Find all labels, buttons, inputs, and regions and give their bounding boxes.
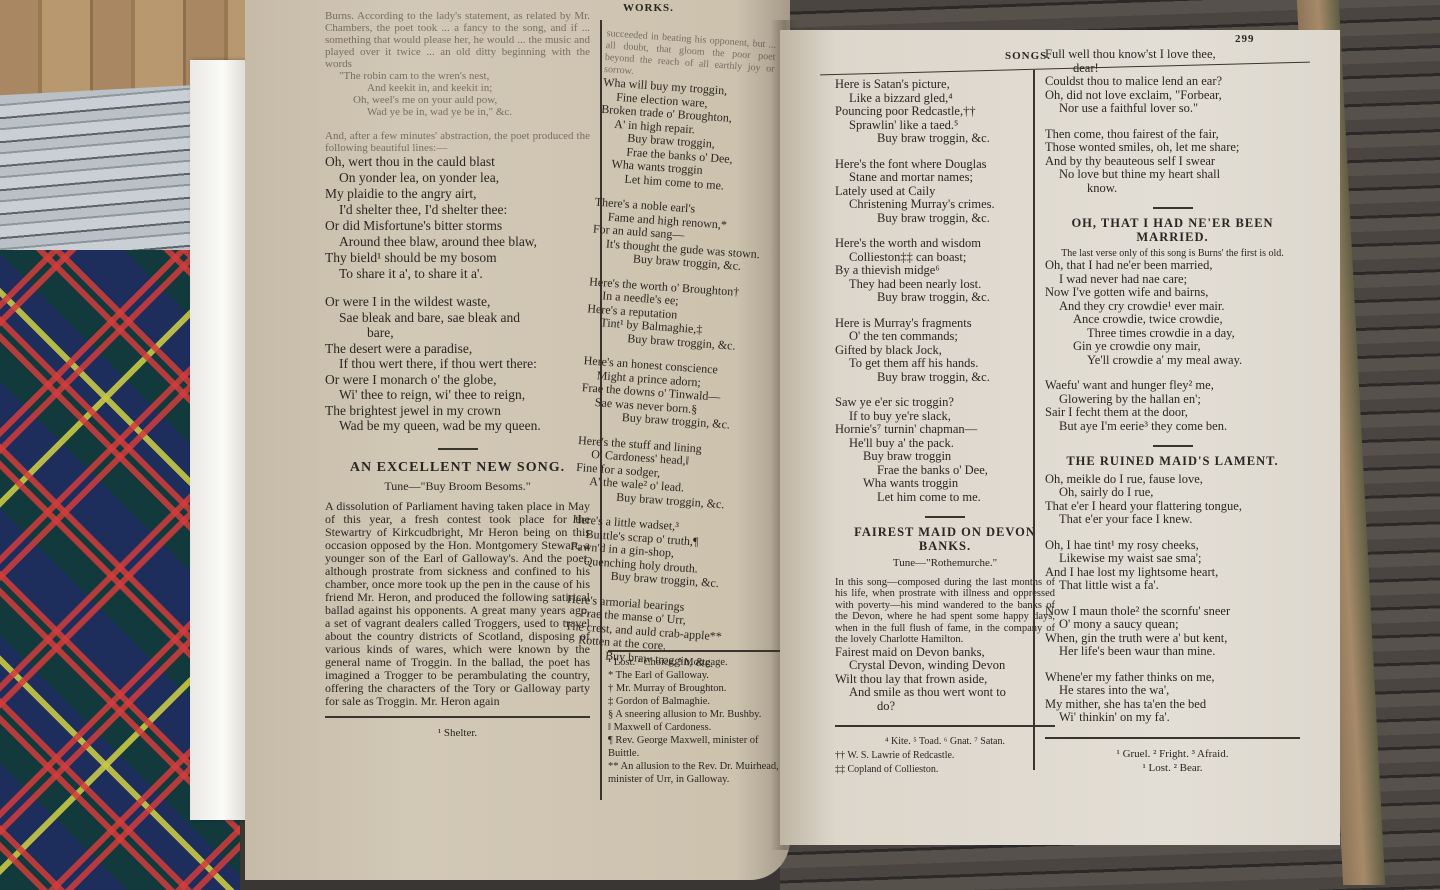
troggin-stanza-4: Here's an honest conscience Might a prin… [579,354,753,433]
right-page: SONGS. 299 Here is Satan's picture, Like… [780,30,1340,845]
left-page: WORKS. Burns. According to the lady's st… [245,0,790,880]
fairest-maid-stanza: Fairest maid on Devon banks, Crystal Dev… [835,646,1055,714]
tune-line: Tune—"Buy Broom Besoms." [325,479,590,494]
closing-stanza: Saw ye e'er sic troggin? If to buy ye're… [835,396,1055,504]
love-stanza-2: Then come, thou fairest of the fair, Tho… [1045,128,1300,196]
section-divider [1153,445,1193,447]
ruined-stanza-1: Oh, meikle do I rue, fause love, Oh, sai… [1045,473,1300,527]
book-cover-edge [190,60,245,820]
song-title-excellent-new-song: AN EXCELLENT NEW SONG. [325,460,590,475]
troggin-stanza-2: There's a noble earl's Fame and high ren… [591,196,765,275]
wisdom-stanza: Here's the worth and wisdom Collieston‡‡… [835,237,1055,305]
running-head-left: WORKS. [623,2,674,14]
right-page-column-1: Here is Satan's picture, Like a bizzard … [835,78,1055,777]
page-number: 299 [1235,33,1255,45]
footnote-rule [1045,737,1300,739]
song-prose: In this song—composed during the last mo… [835,577,1055,646]
love-stanza-1: Full well thou know'st I love thee, dear… [1045,48,1300,116]
left-page-col2-footnotes: ¹ Lost. ² Choice. ³ Mortgage. * The Earl… [608,650,788,786]
troggin-stanza-5: Here's the stuff and lining O' Cardoness… [574,434,748,513]
section-divider [438,448,478,450]
song-title-fairest-maid: FAIREST MAID ON DEVON BANKS. [835,526,1055,553]
footnotes: ¹ Gruel. ² Fright. ³ Afraid. ¹ Lost. ² B… [1045,747,1300,775]
fragments-stanza: Here is Murray's fragments O' the ten co… [835,317,1055,385]
troggin-stanza-3: Here's the worth o' Broughton† In a need… [585,275,759,354]
ruined-stanza-4: Whene'er my father thinks on me, He star… [1045,671,1300,725]
font-stanza: Here's the font where Douglas Stane and … [835,158,1055,226]
intro-prose: Burns. According to the lady's statement… [325,10,590,70]
footnotes: ⁴ Kite. ⁵ Toad. ⁶ Gnat. ⁷ Satan. †† W. S… [835,735,1055,777]
left-page-column-2: succeeded in beating his opponent, but .… [562,28,777,683]
column-divider [1033,70,1035,770]
satan-stanza: Here is Satan's picture, Like a bizzard … [835,78,1055,146]
left-page-column-1: Burns. According to the lady's statement… [325,10,590,740]
ruined-stanza-3: Now I maun thole² the scornfu' sneer O' … [1045,605,1300,659]
married-stanza-1: Oh, that I had ne'er been married, I wad… [1045,259,1300,367]
poem-stanza-1: Oh, wert thou in the cauld blast On yond… [325,154,590,282]
weathered-wood-plank [0,85,200,265]
tune-line: Tune—"Rothemurche." [835,557,1055,571]
quoted-verse: "The robin cam to the wren's nest, And k… [325,70,590,118]
after-quote: And, after a few minutes' abstraction, t… [325,130,590,154]
poem-stanza-2: Or were I in the wildest waste, Sae blea… [325,294,590,434]
section-divider [925,516,965,518]
footnote-rule [835,725,1055,727]
song-title-never-married: OH, THAT I HAD NE'ER BEEN MARRIED. [1045,217,1300,244]
troggin-stanza-1: Wha will buy my troggin, Fine election w… [596,76,773,196]
ruined-stanza-2: Oh, I hae tint¹ my rosy cheeks, Likewise… [1045,539,1300,593]
married-stanza-2: Waefu' want and hunger fley² me, Gloweri… [1045,379,1300,433]
song-prose: A dissolution of Parliament having taken… [325,500,590,708]
troggin-stanza-6: Here's a little wadset,³ Buittle's scrap… [568,513,742,592]
song-title-ruined-maid: THE RUINED MAID'S LAMENT. [1045,455,1300,469]
right-page-column-2: Full well thou know'st I love thee, dear… [1045,48,1300,775]
footnote-rule [325,716,590,718]
footnote: ¹ Shelter. [325,726,590,740]
section-divider [1153,207,1193,209]
